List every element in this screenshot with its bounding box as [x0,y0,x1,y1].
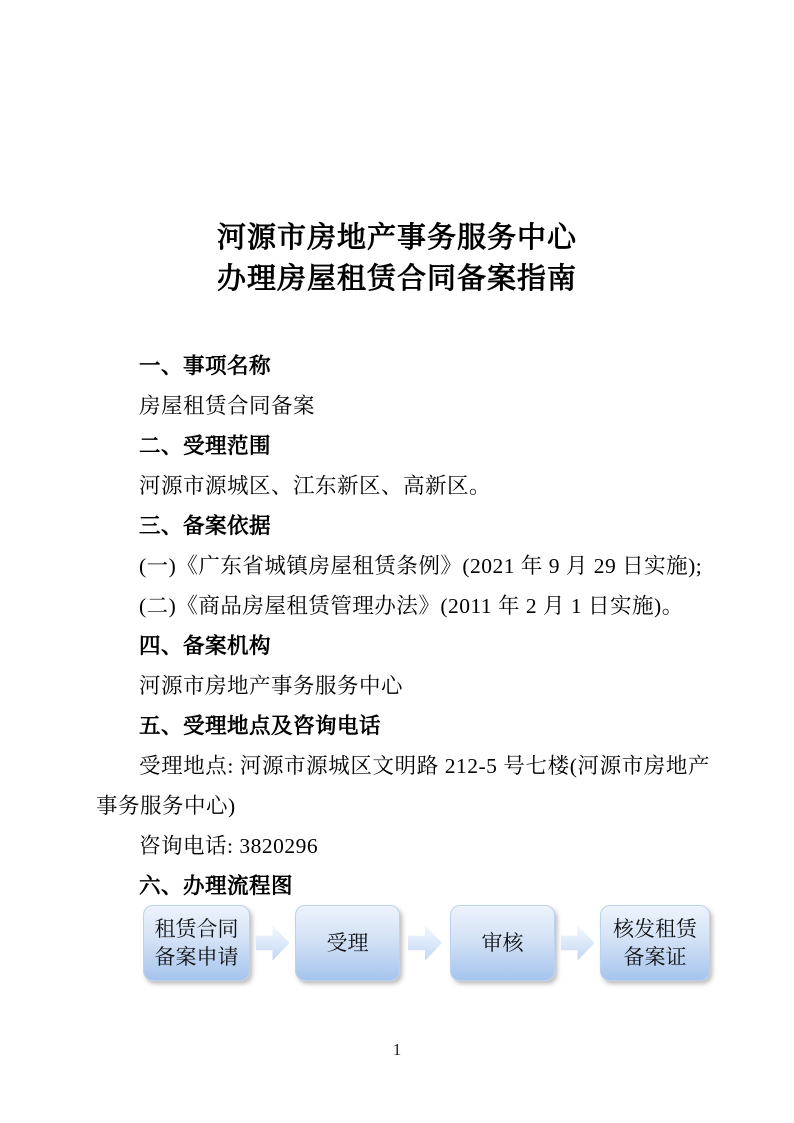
section-heading-acceptance-scope: 二、受理范围 [96,426,710,466]
process-flowchart: 租赁合同备案申请 受理 审核 核发租赁备案证 [143,905,713,981]
paragraph-filing-agency: 河源市房地产事务服务中心 [96,666,710,706]
section-heading-item-name: 一、事项名称 [96,346,710,386]
page-number: 1 [0,1038,794,1062]
flow-step-issue-certificate: 核发租赁备案证 [600,905,710,981]
section-heading-process-flow: 六、办理流程图 [96,866,710,906]
document-page: 河源市房地产事务服务中心 办理房屋租赁合同备案指南 一、事项名称 房屋租赁合同备… [0,0,794,1123]
flow-step-application: 租赁合同备案申请 [143,905,250,981]
section-heading-filing-agency: 四、备案机构 [96,626,710,666]
paragraph-filing-basis-1: (一)《广东省城镇房屋租赁条例》(2021 年 9 月 29 日实施); [96,546,710,586]
flow-step-acceptance: 受理 [295,905,400,981]
paragraph-filing-basis-2: (二)《商品房屋租赁管理办法》(2011 年 2 月 1 日实施)。 [96,586,710,626]
document-body: 一、事项名称 房屋租赁合同备案 二、受理范围 河源市源城区、江东新区、高新区。 … [96,346,710,906]
flow-connector-1 [250,905,295,981]
flow-step-issue-certificate-label: 核发租赁备案证 [601,915,709,971]
flow-connector-3 [555,905,600,981]
flow-step-review-label: 审核 [478,929,528,957]
flow-step-acceptance-label: 受理 [323,929,373,957]
flow-step-application-label: 租赁合同备案申请 [144,915,249,971]
paragraph-consult-phone: 咨询电话: 3820296 [96,826,710,866]
flow-connector-2 [400,905,450,981]
section-heading-location-phone: 五、受理地点及咨询电话 [96,706,710,746]
document-title: 河源市房地产事务服务中心 办理房屋租赁合同备案指南 [0,218,794,300]
section-heading-filing-basis: 三、备案依据 [96,506,710,546]
right-arrow-icon [408,923,442,963]
paragraph-acceptance-scope: 河源市源城区、江东新区、高新区。 [96,466,710,506]
flow-step-review: 审核 [450,905,555,981]
document-title-line2: 办理房屋租赁合同备案指南 [0,259,794,300]
right-arrow-icon [256,923,290,963]
paragraph-acceptance-address: 受理地点: 河源市源城区文明路 212-5 号七楼(河源市房地产事务服务中心) [96,746,710,826]
document-title-line1: 河源市房地产事务服务中心 [0,218,794,259]
paragraph-item-name: 房屋租赁合同备案 [96,386,710,426]
right-arrow-icon [561,923,595,963]
